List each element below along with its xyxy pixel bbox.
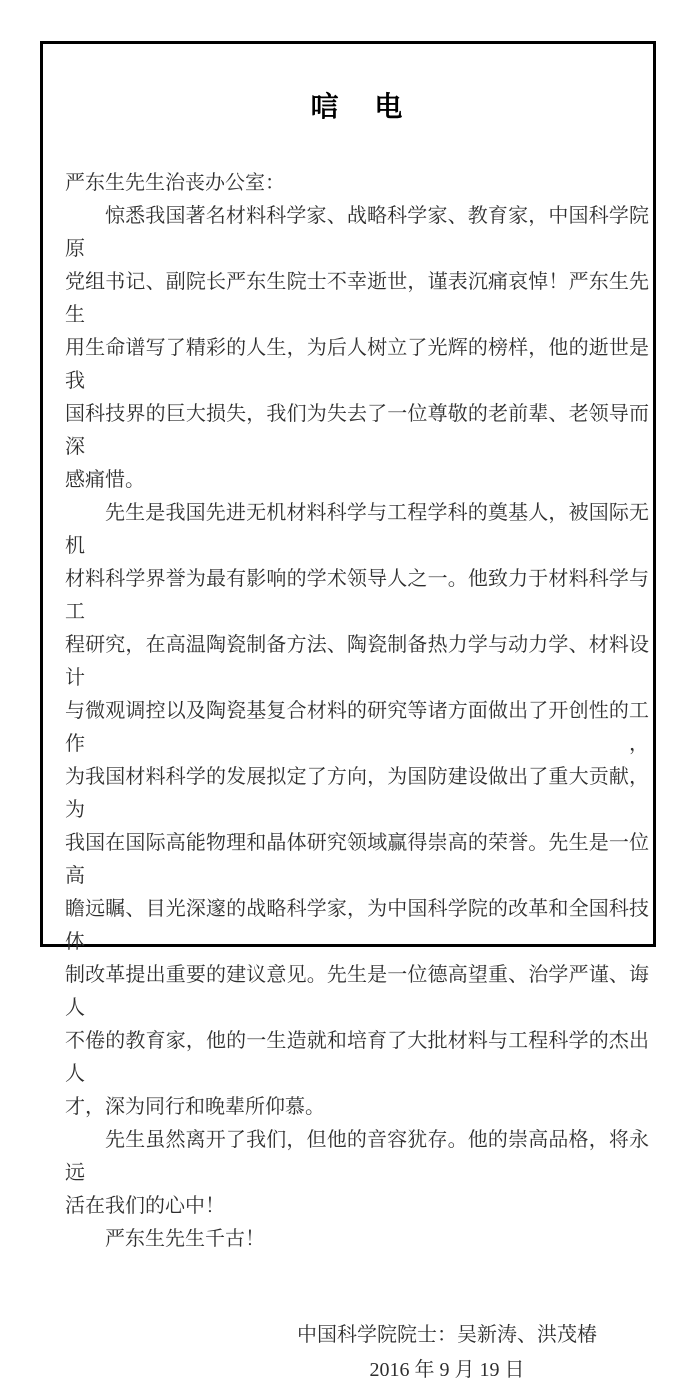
body-line: 不倦的教育家，他的一生造就和培育了大批材料与工程科学的杰出人 <box>65 1025 649 1091</box>
body-line: 才，深为同行和晚辈所仰慕。 <box>65 1091 649 1124</box>
body-line: 惊悉我国著名材料科学家、战略科学家、教育家，中国科学院原 <box>65 200 649 266</box>
body-line: 严东生先生千古！ <box>65 1223 649 1256</box>
body-line: 瞻远瞩、目光深邃的战略科学家，为中国科学院的改革和全国科技体 <box>65 893 649 959</box>
body-line: 程研究，在高温陶瓷制备方法、陶瓷制备热力学与动力学、材料设计 <box>65 629 649 695</box>
signature-wrap: 中国科学院院士：吴新涛、洪茂椿 2016 年 9 月 19 日 <box>297 1318 597 1388</box>
salutation: 严东生先生治丧办公室： <box>65 167 649 200</box>
body-line: 材料科学界誉为最有影响的学术领导人之一。他致力于材料科学与工 <box>65 563 649 629</box>
document-content: 唁 电 严东生先生治丧办公室： 惊悉我国著名材料科学家、战略科学家、教育家，中国… <box>43 44 653 1388</box>
body-line: 制改革提出重要的建议意见。先生是一位德高望重、治学严谨、诲人 <box>65 959 649 1025</box>
body-line: 感痛惜。 <box>65 464 649 497</box>
body-line: 我国在国际高能物理和晶体研究领域赢得崇高的荣誉。先生是一位高 <box>65 827 649 893</box>
body-line: 国科技界的巨大损失，我们为失去了一位尊敬的老前辈、老领导而深 <box>65 398 649 464</box>
body-line: 先生虽然离开了我们，但他的音容犹存。他的崇高品格，将永远 <box>65 1124 649 1190</box>
body-line: 先生是我国先进无机材料科学与工程学科的奠基人，被国际无机 <box>65 497 649 563</box>
body-line: 活在我们的心中！ <box>65 1190 649 1223</box>
document-title: 唁 电 <box>65 92 649 122</box>
date: 2016 年 9 月 19 日 <box>297 1353 597 1388</box>
page-border-frame: 唁 电 严东生先生治丧办公室： 惊悉我国著名材料科学家、战略科学家、教育家，中国… <box>40 41 656 947</box>
closing-block: 中国科学院院士：吴新涛、洪茂椿 2016 年 9 月 19 日 <box>65 1318 649 1388</box>
body-line: 用生命谱写了精彩的人生，为后人树立了光辉的榜样，他的逝世是我 <box>65 332 649 398</box>
body-line: 为我国材料科学的发展拟定了方向，为国防建设做出了重大贡献，为 <box>65 761 649 827</box>
signature: 中国科学院院士：吴新涛、洪茂椿 <box>297 1318 597 1353</box>
body-line: 与微观调控以及陶瓷基复合材料的研究等诸方面做出了开创性的工作， <box>65 695 649 761</box>
body-line: 党组书记、副院长严东生院士不幸逝世，谨表沉痛哀悼！严东生先生 <box>65 266 649 332</box>
document-page: 唁 电 严东生先生治丧办公室： 惊悉我国著名材料科学家、战略科学家、教育家，中国… <box>0 0 700 989</box>
